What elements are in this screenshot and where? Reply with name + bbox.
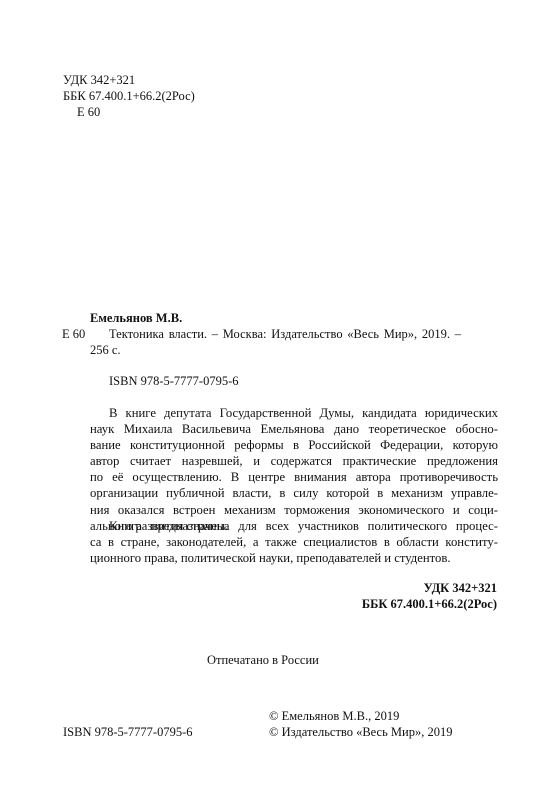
record-isbn: ISBN 978-5-7777-0795-6 <box>109 373 239 389</box>
udk-code-bottom: УДК 342+321 <box>424 580 497 596</box>
printed-in-notice: Отпечатано в России <box>207 652 319 668</box>
annotation-line: наук Михаила Васильевича Емельянова дано… <box>90 421 498 437</box>
annotation-line: са в стране, законодателей, а также спец… <box>90 534 498 550</box>
footer-isbn: ISBN 978-5-7777-0795-6 <box>63 724 193 740</box>
annotation-line: ния оказался встроен механизм торможения… <box>90 502 498 518</box>
annotation-line: В книге депутата Государственной Думы, к… <box>90 405 498 421</box>
record-pages: 256 с. <box>90 342 121 358</box>
annotation-line: автор считает назревшей, и содержатся пр… <box>90 453 498 469</box>
record-title-line: Тектоника власти. – Москва: Издательство… <box>109 326 461 342</box>
annotation-line: организации публичной власти, в силу кот… <box>90 485 498 501</box>
annotation-line: по её осуществлению. В центре внимания а… <box>90 469 498 485</box>
annotation-line: Книга предназначена для всех участников … <box>90 518 498 534</box>
annotation-line: ционного права, политической науки, преп… <box>90 550 498 566</box>
author-mark: Е 60 <box>77 104 100 120</box>
bbk-code: ББК 67.400.1+66.2(2Рос) <box>63 88 195 104</box>
bbk-code-bottom: ББК 67.400.1+66.2(2Рос) <box>362 596 497 612</box>
udk-code: УДК 342+321 <box>63 72 135 88</box>
record-author: Емельянов М.В. <box>90 310 182 326</box>
record-author-mark: Е 60 <box>62 326 85 342</box>
annotation-paragraph-2: Книга предназначена для всех участников … <box>90 518 498 566</box>
copyright-author: © Емельянов М.В., 2019 <box>269 708 399 724</box>
annotation-paragraph-1: В книге депутата Государственной Думы, к… <box>90 405 498 534</box>
copyright-publisher: © Издательство «Весь Мир», 2019 <box>269 724 452 740</box>
annotation-line: вание конституционной реформы в Российск… <box>90 437 498 453</box>
